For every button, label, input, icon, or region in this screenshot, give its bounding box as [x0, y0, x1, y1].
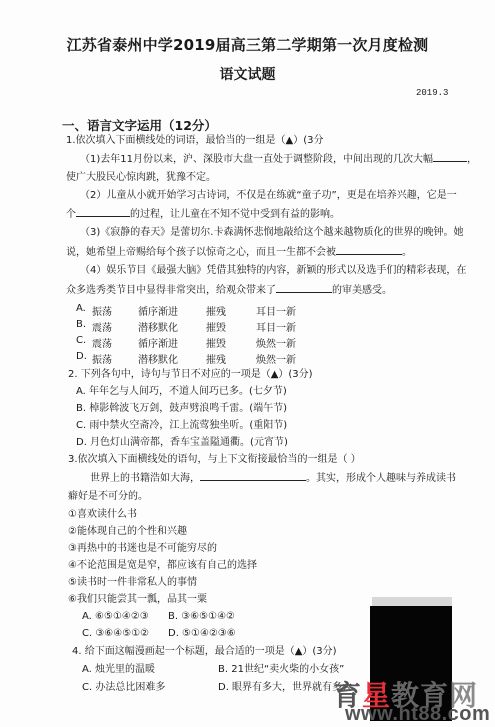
q1-opt-word: 潜移默化: [138, 351, 178, 366]
q4-option-a: A. 烛光里的温暖: [82, 663, 155, 676]
q1-p2-prefix: 个: [66, 209, 76, 220]
q1-opt-word: 潜移默化: [138, 319, 178, 334]
q3-blank: [200, 471, 306, 481]
q3-option-a: A. ⑥⑤①④②③: [82, 610, 149, 623]
q3-passage: 世界上的书籍浩如大海，。其实，形成个人趣味与养成读书: [90, 471, 456, 485]
q1-opt-word: 焕然一新: [256, 351, 296, 366]
q3-p-text: 世界上的书籍浩如大海，: [90, 473, 200, 484]
q1-p4-text: 众多选秀类节目中显得非常突出，给观众带来了: [66, 285, 276, 296]
q1-opt-label: C.: [76, 335, 86, 346]
q1-opt-word: 耳目一新: [256, 319, 296, 334]
q4-stem: 4. 给下面这幅漫画起一个标题，最合适的一项是（▲）(3分): [72, 645, 337, 658]
q2-stem: 2. 下列各句中，诗句与节日不对应的一项是（▲）(3分): [68, 368, 313, 381]
q1-p3-punct: 。: [402, 247, 412, 258]
q3-passage-cont: 癖好是不可分的。: [68, 490, 148, 503]
q1-p2-text: 的过程，让儿童在不知不觉中受到有益的影响。: [130, 209, 340, 220]
q1-passage-3: （3)《寂静的春天》是蕾切尔.卡森满怀悲悯地敲给这个越来越物质化的世界的晚钟。她: [80, 226, 463, 239]
q1-opt-word: 振荡: [92, 303, 112, 318]
q1-opt-word: 循序渐进: [138, 303, 178, 318]
q1-passage-3-cont: 说，她希望上帝赐给每个孩子以惊奇之心，而且一生都不会被。: [66, 245, 412, 259]
q3-option-d: D. ⑤①④②③⑥: [168, 627, 236, 640]
q1-opt-word: 摧残: [206, 303, 226, 318]
q1-p1-text: （1)去年11月份以来，沪、深股市大盘一直处于调整阶段，中间出现的几次大幅: [80, 154, 433, 165]
q2-option-d: D. 月色灯山满帝都，香车宝盖隘通衢。(元宵节): [76, 436, 288, 449]
q1-opt-word: 摧残: [206, 351, 226, 366]
q1-p1-cont: 使广大股民心惊肉跳，犹豫不定。: [66, 171, 216, 184]
document-title: 江苏省泰州中学2019届高三第二学期第一次月度检测: [0, 34, 495, 55]
q4-option-c: C. 办法总比困难多: [82, 681, 165, 694]
q1-passage-2: （2）儿童从小就开始学习古诗词，不仅是在练就“童子功”，更是在培养兴趣，它是一: [80, 189, 457, 202]
q1-blank-2: [76, 207, 130, 217]
q1-passage-1: （1)去年11月份以来，沪、深股市大盘一直处于调整阶段，中间出现的几次大幅，: [80, 152, 477, 166]
q1-opt-word: 焕然一新: [256, 335, 296, 350]
q1-opt-word: 循序渐进: [138, 335, 178, 350]
q3-item-6: ⑥我们只能尝其一瓢，品其一粟: [68, 593, 207, 606]
q3-item-5: ⑤读书时一件非常私人的事情: [68, 576, 197, 589]
q3-option-b: B. ③⑥⑤①④②: [168, 610, 235, 623]
q1-p4-suffix: 的审美感受。: [332, 285, 392, 296]
q4-option-b: B. 21世纪“卖火柴的小女孩”: [218, 663, 344, 676]
q1-passage-2-cont: 个的过程，让儿童在不知不觉中受到有益的影响。: [66, 207, 340, 221]
q1-opt-word: 振荡: [92, 351, 112, 366]
q1-opt-word: 耳目一新: [256, 303, 296, 318]
q1-opt-label: A.: [76, 303, 86, 314]
exam-page: 江苏省泰州中学2019届高三第二学期第一次月度检测 语文试题 2019.3 一、…: [0, 0, 495, 727]
q1-opt-word: 摧毁: [206, 335, 226, 350]
q1-stem: 1.依次填入下面横线处的词语，最恰当的一组是（▲）(3分: [66, 134, 324, 147]
q1-passage-4-cont: 众多选秀类节目中显得非常突出，给观众带来了的审美感受。: [66, 283, 392, 297]
document-date: 2019.3: [416, 88, 448, 98]
q3-option-c: C. ③⑥④⑤①②: [82, 627, 149, 640]
q1-p3-text: 说，她希望上帝赐给每个孩子以惊奇之心，而且一生都不会被: [66, 247, 336, 258]
q1-opt-word: 摧毁: [206, 319, 226, 334]
q2-option-a: A. 年年乞与人间巧，不道人间巧已多。(七夕节): [76, 385, 287, 398]
q3-item-1: ①喜欢读什么书: [68, 508, 137, 521]
q3-p-text2: 。其实，形成个人趣味与养成读书: [306, 473, 456, 484]
q3-item-4: ④不论范围是宽是窄，都应该有自己的选择: [68, 559, 257, 572]
q1-blank-1: [433, 152, 467, 162]
q2-option-b: B. 棹影斡波飞万剑，鼓声劈浪鸣千雷。(端午节): [76, 402, 287, 415]
q1-opt-label: B.: [76, 319, 86, 330]
q3-stem: 3.依次填入下面横线处的语句，与上下文衔接最恰当的一组是（ ）: [68, 453, 361, 466]
q3-item-3: ③再热中的书迷也是不可能穷尽的: [68, 542, 217, 555]
document-subtitle: 语文试题: [0, 64, 495, 84]
q1-opt-word: 震荡: [92, 335, 112, 350]
q1-p1-punct: ，: [467, 154, 477, 165]
q1-passage-4: （4）娱乐节目《最强大脑》凭借其独特的内容，新颖的形式以及选手们的精彩表现，在: [80, 264, 466, 277]
watermark-url: www.ht88.com: [345, 703, 490, 726]
section-heading: 一、语言文字运用（12分）: [62, 116, 217, 134]
q1-blank-3: [336, 245, 402, 255]
q1-blank-4: [276, 283, 332, 293]
q2-option-c: C. 雨中禁火空斋冷，江上流莺独坐听。(重阳节): [76, 419, 287, 432]
q1-opt-label: D.: [76, 351, 87, 362]
q3-item-2: ②能体现自己的个性和兴趣: [68, 525, 187, 538]
q1-opt-word: 震荡: [92, 319, 112, 334]
q4-option-d: D. 眼界有多大，世界就有多大: [218, 681, 352, 694]
